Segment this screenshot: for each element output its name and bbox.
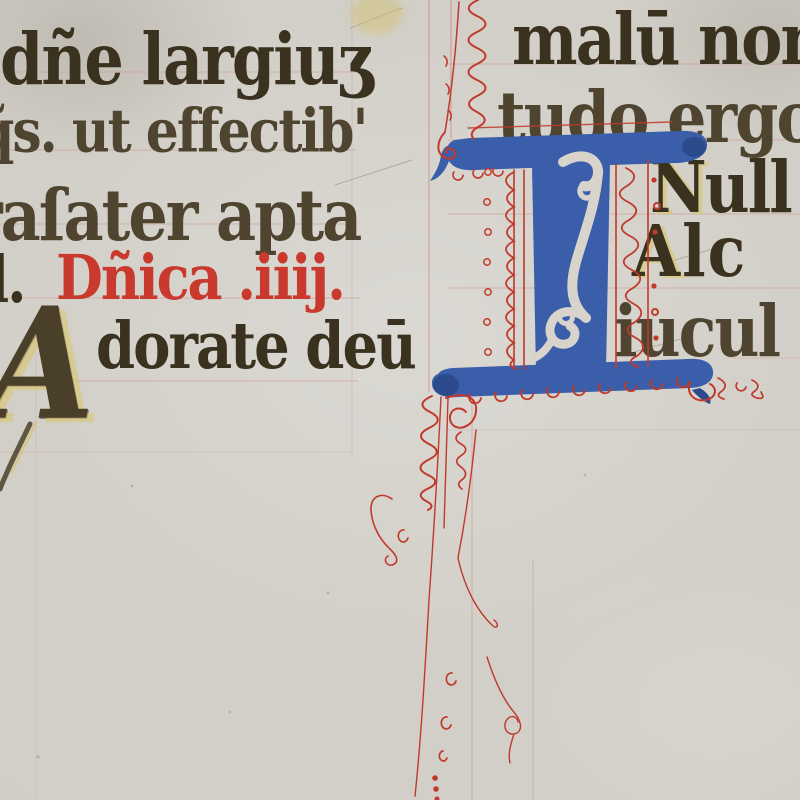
right-line-4: Alc bbox=[632, 216, 747, 287]
manuscript-page: dñe largiuʒ q̃s. ut effectib' raſater ap… bbox=[0, 0, 800, 800]
dotted-circle-column bbox=[484, 169, 491, 355]
right-line-5: iucul bbox=[614, 296, 779, 367]
left-line-1: dñe largiuʒ bbox=[0, 24, 371, 95]
right-line-2: tudo ergo b bbox=[497, 82, 800, 153]
right-line-1: malū non bbox=[512, 4, 800, 75]
left-line-2: q̃s. ut effectib' bbox=[0, 102, 366, 162]
left-line-5: dorate deū bbox=[96, 314, 415, 378]
bottom-bar-left-knob bbox=[433, 374, 459, 396]
rubric-line: Dñica .iiij. bbox=[56, 246, 344, 308]
white-vine-infill bbox=[534, 156, 598, 358]
initial-A: A bbox=[0, 288, 95, 442]
